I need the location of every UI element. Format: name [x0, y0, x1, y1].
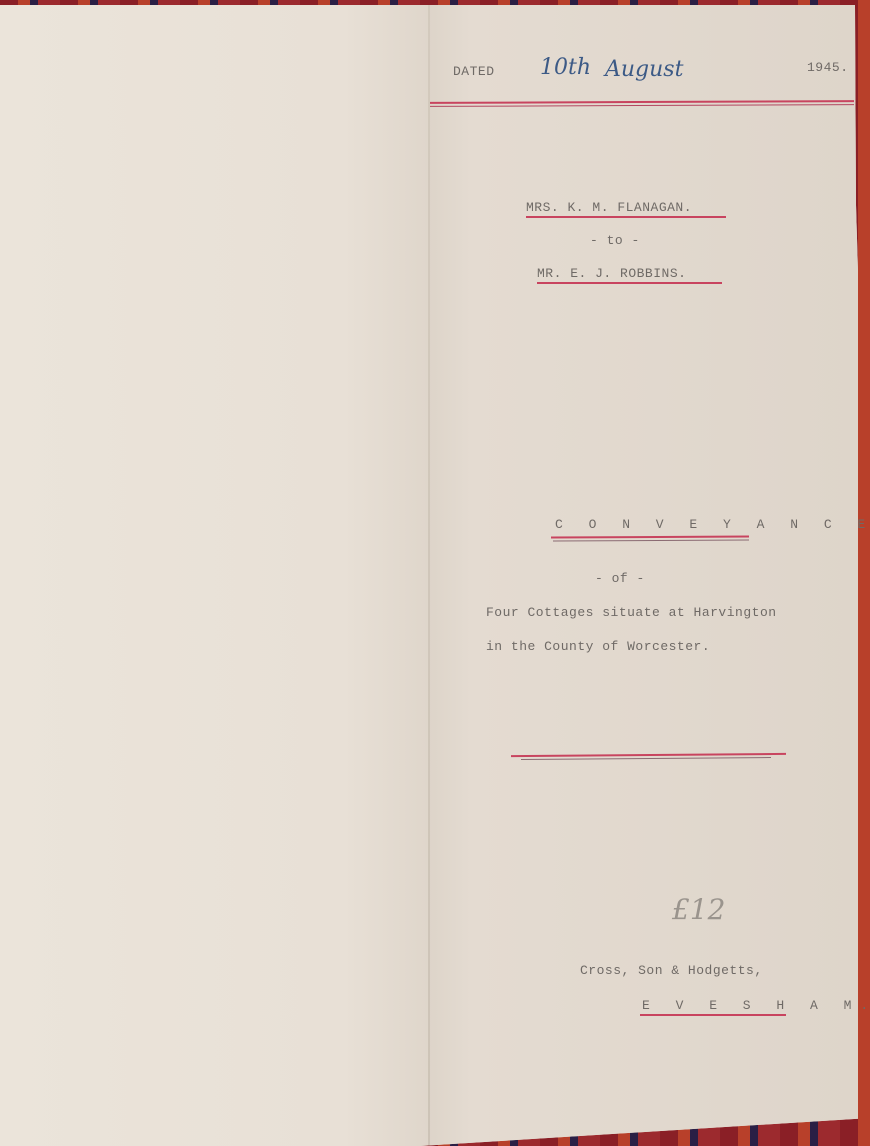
party-from: MRS. K. M. FLANAGAN. [526, 200, 692, 215]
parties-connector: - to - [590, 233, 640, 248]
solicitor-town-underline [640, 1014, 786, 1016]
pencil-price-note: £12 [672, 893, 725, 926]
party-from-underline [526, 216, 726, 218]
solicitor-town: E V E S H A M. [642, 998, 870, 1013]
of-connector: - of - [595, 571, 645, 586]
dated-day: 10th [540, 55, 591, 80]
party-to: MR. E. J. ROBBINS. [537, 266, 686, 281]
deed-title: C O N V E Y A N C E [555, 517, 870, 532]
dated-year: 1945. [807, 60, 849, 75]
document-sheet: DATED 10th August 1945. MRS. K. M. FLANA… [0, 5, 858, 1146]
dated-label: DATED [453, 64, 495, 79]
dated-month: August [605, 57, 683, 82]
solicitor-firm: Cross, Son & Hodgetts, [580, 963, 763, 978]
fold-crease [428, 5, 430, 1146]
blank-left-panel [0, 5, 428, 1146]
party-to-underline [537, 282, 722, 284]
property-description-line1: Four Cottages situate at Harvington [486, 605, 777, 620]
property-description-line2: in the County of Worcester. [486, 639, 710, 654]
